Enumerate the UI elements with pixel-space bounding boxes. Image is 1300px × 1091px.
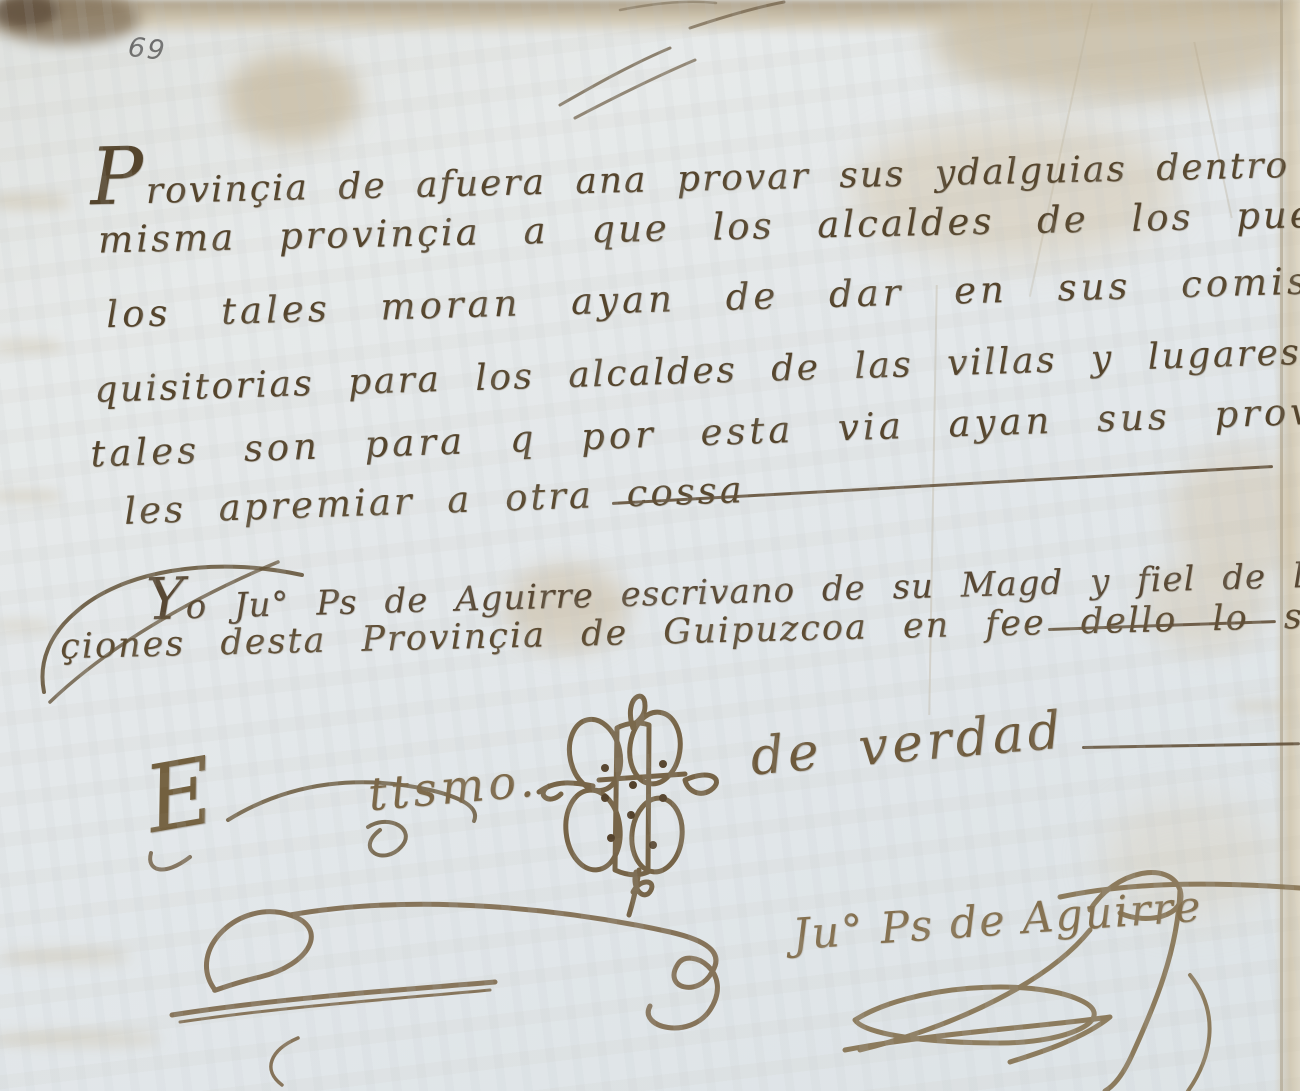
ink-blot [288,585,383,640]
signature-rubric-left [150,880,810,1091]
signature-rubric-right [760,855,1300,1091]
ghost-bleed [0,340,62,352]
ghost-bleed [0,950,130,963]
manuscript-line-3: los tales moran ayan de dar en sus comis… [106,256,1300,333]
ghost-bleed [0,490,62,502]
yo-flourish [30,540,330,715]
slash-marks-icon [520,0,810,125]
ghost-bleed [1230,700,1300,712]
line-filler [1082,742,1300,749]
ghost-bleed [0,1032,160,1046]
de-verdad-text: de verdad [748,700,1067,787]
paper-stain [225,52,360,144]
ghost-bleed [0,195,70,209]
archival-number: 69 [126,32,168,67]
manuscript-page: 69 Provinçia de afuera ana provar sus yd… [0,0,1300,1091]
paper-stain [930,0,1300,100]
